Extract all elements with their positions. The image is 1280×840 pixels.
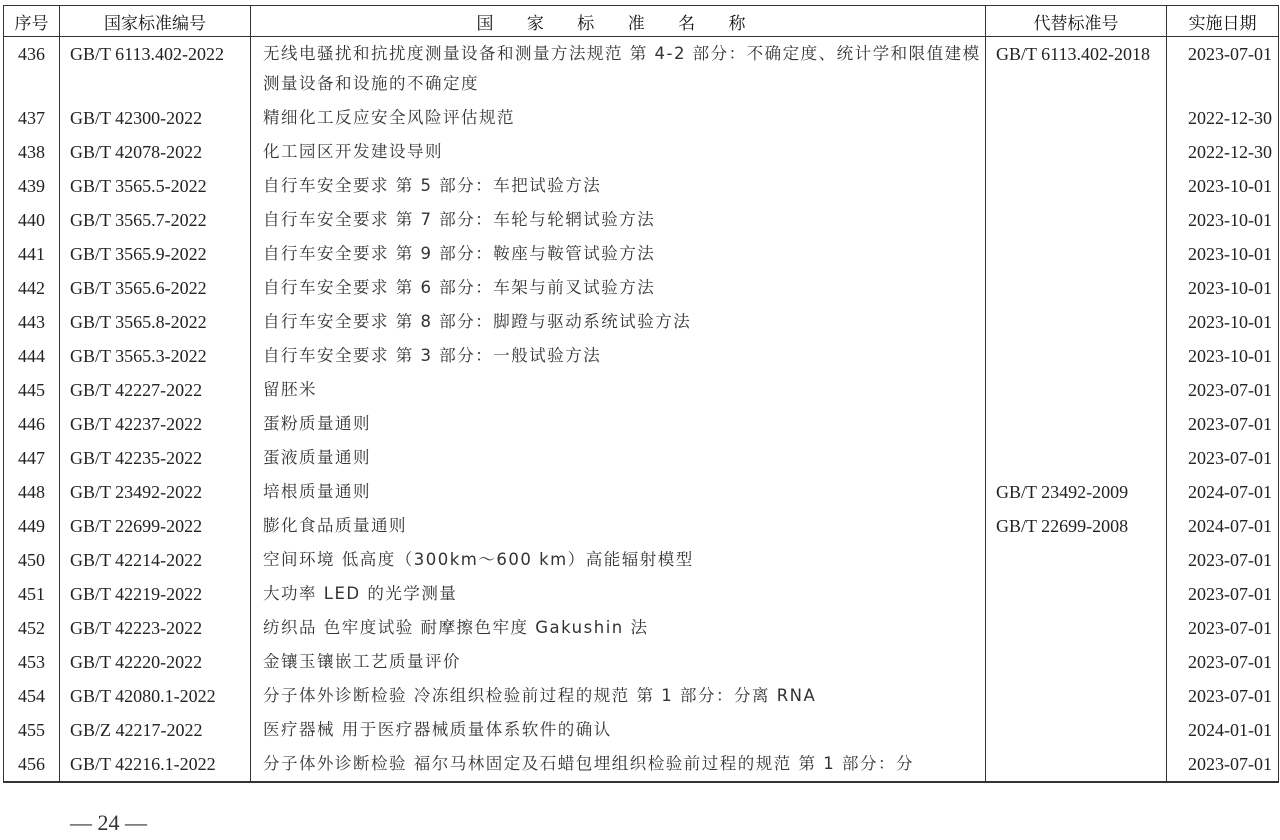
standard-name-cell: 蛋液质量通则 <box>251 441 986 475</box>
standard-name-cell: 大功率 LED 的光学测量 <box>251 577 986 611</box>
replaced-standard-cell <box>986 543 1167 577</box>
replaced-standard-cell: GB/T 23492-2009 <box>986 475 1167 509</box>
replaced-standard-cell <box>986 441 1167 475</box>
implementation-date-cell: 2023-10-01 <box>1167 203 1279 237</box>
standard-name-cell: 自行车安全要求 第 3 部分：一般试验方法 <box>251 339 986 373</box>
standards-table: 序号 国家标准编号 国 家 标 准 名 称 代替标准号 实施日期 436GB/T… <box>3 5 1279 783</box>
table-row: 447GB/T 42235-2022蛋液质量通则2023-07-01 <box>4 441 1279 475</box>
standard-code-cell: GB/T 23492-2022 <box>60 475 251 509</box>
serial-no-cell: 449 <box>4 509 60 543</box>
table-row: 439GB/T 3565.5-2022自行车安全要求 第 5 部分：车把试验方法… <box>4 169 1279 203</box>
serial-no-cell: 440 <box>4 203 60 237</box>
implementation-date-cell: 2023-07-01 <box>1167 407 1279 441</box>
implementation-date-cell: 2023-07-01 <box>1167 373 1279 407</box>
implementation-date-cell: 2023-07-01 <box>1167 747 1279 782</box>
table-row: 438GB/T 42078-2022化工园区开发建设导则2022-12-30 <box>4 135 1279 169</box>
serial-no-cell: 456 <box>4 747 60 782</box>
replaced-standard-cell: GB/T 22699-2008 <box>986 509 1167 543</box>
table-row: 451GB/T 42219-2022大功率 LED 的光学测量2023-07-0… <box>4 577 1279 611</box>
serial-no-cell: 439 <box>4 169 60 203</box>
implementation-date-cell: 2023-07-01 <box>1167 679 1279 713</box>
implementation-date-cell: 2023-10-01 <box>1167 271 1279 305</box>
serial-no-cell: 438 <box>4 135 60 169</box>
serial-no-cell: 445 <box>4 373 60 407</box>
standard-code-cell: GB/T 42235-2022 <box>60 441 251 475</box>
page-number: — 24 — <box>70 810 147 836</box>
table-row: 444GB/T 3565.3-2022自行车安全要求 第 3 部分：一般试验方法… <box>4 339 1279 373</box>
standard-name-cell: 空间环境 低高度（300km～600 km）高能辐射模型 <box>251 543 986 577</box>
standard-code-cell: GB/T 42220-2022 <box>60 645 251 679</box>
standard-code-cell: GB/T 42214-2022 <box>60 543 251 577</box>
table-row: 442GB/T 3565.6-2022自行车安全要求 第 6 部分：车架与前叉试… <box>4 271 1279 305</box>
replaced-standard-cell <box>986 339 1167 373</box>
table-row: 445GB/T 42227-2022留胚米2023-07-01 <box>4 373 1279 407</box>
header-serial-no: 序号 <box>4 6 60 37</box>
serial-no-cell: 444 <box>4 339 60 373</box>
standard-name-cell: 纺织品 色牢度试验 耐摩擦色牢度 Gakushin 法 <box>251 611 986 645</box>
standard-name-cell: 金镶玉镶嵌工艺质量评价 <box>251 645 986 679</box>
standard-name-cell: 医疗器械 用于医疗器械质量体系软件的确认 <box>251 713 986 747</box>
header-implementation-date: 实施日期 <box>1167 6 1279 37</box>
replaced-standard-cell <box>986 135 1167 169</box>
table-row: 453GB/T 42220-2022金镶玉镶嵌工艺质量评价2023-07-01 <box>4 645 1279 679</box>
serial-no-cell: 455 <box>4 713 60 747</box>
implementation-date-cell: 2023-10-01 <box>1167 237 1279 271</box>
table-row: 437GB/T 42300-2022精细化工反应安全风险评估规范2022-12-… <box>4 101 1279 135</box>
standard-name-cell: 膨化食品质量通则 <box>251 509 986 543</box>
header-standard-name: 国 家 标 准 名 称 <box>251 6 986 37</box>
table-row: 436GB/T 6113.402-2022无线电骚扰和抗扰度测量设备和测量方法规… <box>4 37 1279 102</box>
standard-code-cell: GB/T 42237-2022 <box>60 407 251 441</box>
implementation-date-cell: 2022-12-30 <box>1167 101 1279 135</box>
serial-no-cell: 447 <box>4 441 60 475</box>
table-row: 449GB/T 22699-2022膨化食品质量通则GB/T 22699-200… <box>4 509 1279 543</box>
table-row: 455GB/Z 42217-2022医疗器械 用于医疗器械质量体系软件的确认20… <box>4 713 1279 747</box>
standard-code-cell: GB/T 22699-2022 <box>60 509 251 543</box>
implementation-date-cell: 2023-10-01 <box>1167 305 1279 339</box>
serial-no-cell: 453 <box>4 645 60 679</box>
standard-name-cell: 自行车安全要求 第 6 部分：车架与前叉试验方法 <box>251 271 986 305</box>
replaced-standard-cell <box>986 101 1167 135</box>
standard-code-cell: GB/T 42216.1-2022 <box>60 747 251 782</box>
implementation-date-cell: 2024-07-01 <box>1167 475 1279 509</box>
replaced-standard-cell <box>986 169 1167 203</box>
implementation-date-cell: 2023-07-01 <box>1167 441 1279 475</box>
replaced-standard-cell <box>986 203 1167 237</box>
implementation-date-cell: 2023-07-01 <box>1167 611 1279 645</box>
standard-code-cell: GB/T 42219-2022 <box>60 577 251 611</box>
serial-no-cell: 450 <box>4 543 60 577</box>
replaced-standard-cell <box>986 611 1167 645</box>
serial-no-cell: 441 <box>4 237 60 271</box>
replaced-standard-cell <box>986 679 1167 713</box>
implementation-date-cell: 2022-12-30 <box>1167 135 1279 169</box>
replaced-standard-cell <box>986 747 1167 782</box>
serial-no-cell: 442 <box>4 271 60 305</box>
standard-name-cell: 精细化工反应安全风险评估规范 <box>251 101 986 135</box>
standard-code-cell: GB/T 42078-2022 <box>60 135 251 169</box>
table-row: 441GB/T 3565.9-2022自行车安全要求 第 9 部分：鞍座与鞍管试… <box>4 237 1279 271</box>
implementation-date-cell: 2023-10-01 <box>1167 169 1279 203</box>
implementation-date-cell: 2023-10-01 <box>1167 339 1279 373</box>
serial-no-cell: 452 <box>4 611 60 645</box>
implementation-date-cell: 2023-07-01 <box>1167 37 1279 102</box>
standard-name-cell: 蛋粉质量通则 <box>251 407 986 441</box>
standard-name-cell: 分子体外诊断检验 冷冻组织检验前过程的规范 第 1 部分：分离 RNA <box>251 679 986 713</box>
standard-code-cell: GB/T 3565.6-2022 <box>60 271 251 305</box>
standard-name-cell: 培根质量通则 <box>251 475 986 509</box>
replaced-standard-cell <box>986 713 1167 747</box>
standard-code-cell: GB/Z 42217-2022 <box>60 713 251 747</box>
replaced-standard-cell <box>986 645 1167 679</box>
table-row: 443GB/T 3565.8-2022自行车安全要求 第 8 部分：脚蹬与驱动系… <box>4 305 1279 339</box>
serial-no-cell: 448 <box>4 475 60 509</box>
serial-no-cell: 451 <box>4 577 60 611</box>
serial-no-cell: 454 <box>4 679 60 713</box>
standard-code-cell: GB/T 3565.8-2022 <box>60 305 251 339</box>
header-replaced-standard: 代替标准号 <box>986 6 1167 37</box>
standard-name-cell: 自行车安全要求 第 5 部分：车把试验方法 <box>251 169 986 203</box>
standard-code-cell: GB/T 42223-2022 <box>60 611 251 645</box>
replaced-standard-cell <box>986 271 1167 305</box>
standard-code-cell: GB/T 3565.7-2022 <box>60 203 251 237</box>
table-row: 440GB/T 3565.7-2022自行车安全要求 第 7 部分：车轮与轮辋试… <box>4 203 1279 237</box>
standard-code-cell: GB/T 3565.5-2022 <box>60 169 251 203</box>
standard-code-cell: GB/T 6113.402-2022 <box>60 37 251 102</box>
table-row: 452GB/T 42223-2022纺织品 色牢度试验 耐摩擦色牢度 Gakus… <box>4 611 1279 645</box>
standard-name-cell: 化工园区开发建设导则 <box>251 135 986 169</box>
implementation-date-cell: 2023-07-01 <box>1167 645 1279 679</box>
standard-name-cell: 无线电骚扰和抗扰度测量设备和测量方法规范 第 4-2 部分：不确定度、统计学和限… <box>251 37 986 102</box>
standard-name-cell: 分子体外诊断检验 福尔马林固定及石蜡包埋组织检验前过程的规范 第 1 部分：分 <box>251 747 986 782</box>
replaced-standard-cell <box>986 305 1167 339</box>
standard-code-cell: GB/T 3565.9-2022 <box>60 237 251 271</box>
implementation-date-cell: 2023-07-01 <box>1167 577 1279 611</box>
standard-name-cell: 自行车安全要求 第 9 部分：鞍座与鞍管试验方法 <box>251 237 986 271</box>
standard-name-cell: 自行车安全要求 第 8 部分：脚蹬与驱动系统试验方法 <box>251 305 986 339</box>
replaced-standard-cell <box>986 407 1167 441</box>
standard-code-cell: GB/T 42080.1-2022 <box>60 679 251 713</box>
standard-name-cell: 自行车安全要求 第 7 部分：车轮与轮辋试验方法 <box>251 203 986 237</box>
table-row: 450GB/T 42214-2022空间环境 低高度（300km～600 km）… <box>4 543 1279 577</box>
replaced-standard-cell <box>986 577 1167 611</box>
table-row: 456GB/T 42216.1-2022分子体外诊断检验 福尔马林固定及石蜡包埋… <box>4 747 1279 782</box>
standard-code-cell: GB/T 42300-2022 <box>60 101 251 135</box>
table-row: 448GB/T 23492-2022培根质量通则GB/T 23492-20092… <box>4 475 1279 509</box>
header-standard-code: 国家标准编号 <box>60 6 251 37</box>
implementation-date-cell: 2024-01-01 <box>1167 713 1279 747</box>
table-row: 454GB/T 42080.1-2022分子体外诊断检验 冷冻组织检验前过程的规… <box>4 679 1279 713</box>
serial-no-cell: 443 <box>4 305 60 339</box>
standard-code-cell: GB/T 3565.3-2022 <box>60 339 251 373</box>
replaced-standard-cell <box>986 373 1167 407</box>
serial-no-cell: 436 <box>4 37 60 102</box>
replaced-standard-cell <box>986 237 1167 271</box>
implementation-date-cell: 2024-07-01 <box>1167 509 1279 543</box>
table-row: 446GB/T 42237-2022蛋粉质量通则2023-07-01 <box>4 407 1279 441</box>
serial-no-cell: 446 <box>4 407 60 441</box>
implementation-date-cell: 2023-07-01 <box>1167 543 1279 577</box>
standard-code-cell: GB/T 42227-2022 <box>60 373 251 407</box>
table-header-row: 序号 国家标准编号 国 家 标 准 名 称 代替标准号 实施日期 <box>4 6 1279 37</box>
standard-name-cell: 留胚米 <box>251 373 986 407</box>
serial-no-cell: 437 <box>4 101 60 135</box>
replaced-standard-cell: GB/T 6113.402-2018 <box>986 37 1167 102</box>
